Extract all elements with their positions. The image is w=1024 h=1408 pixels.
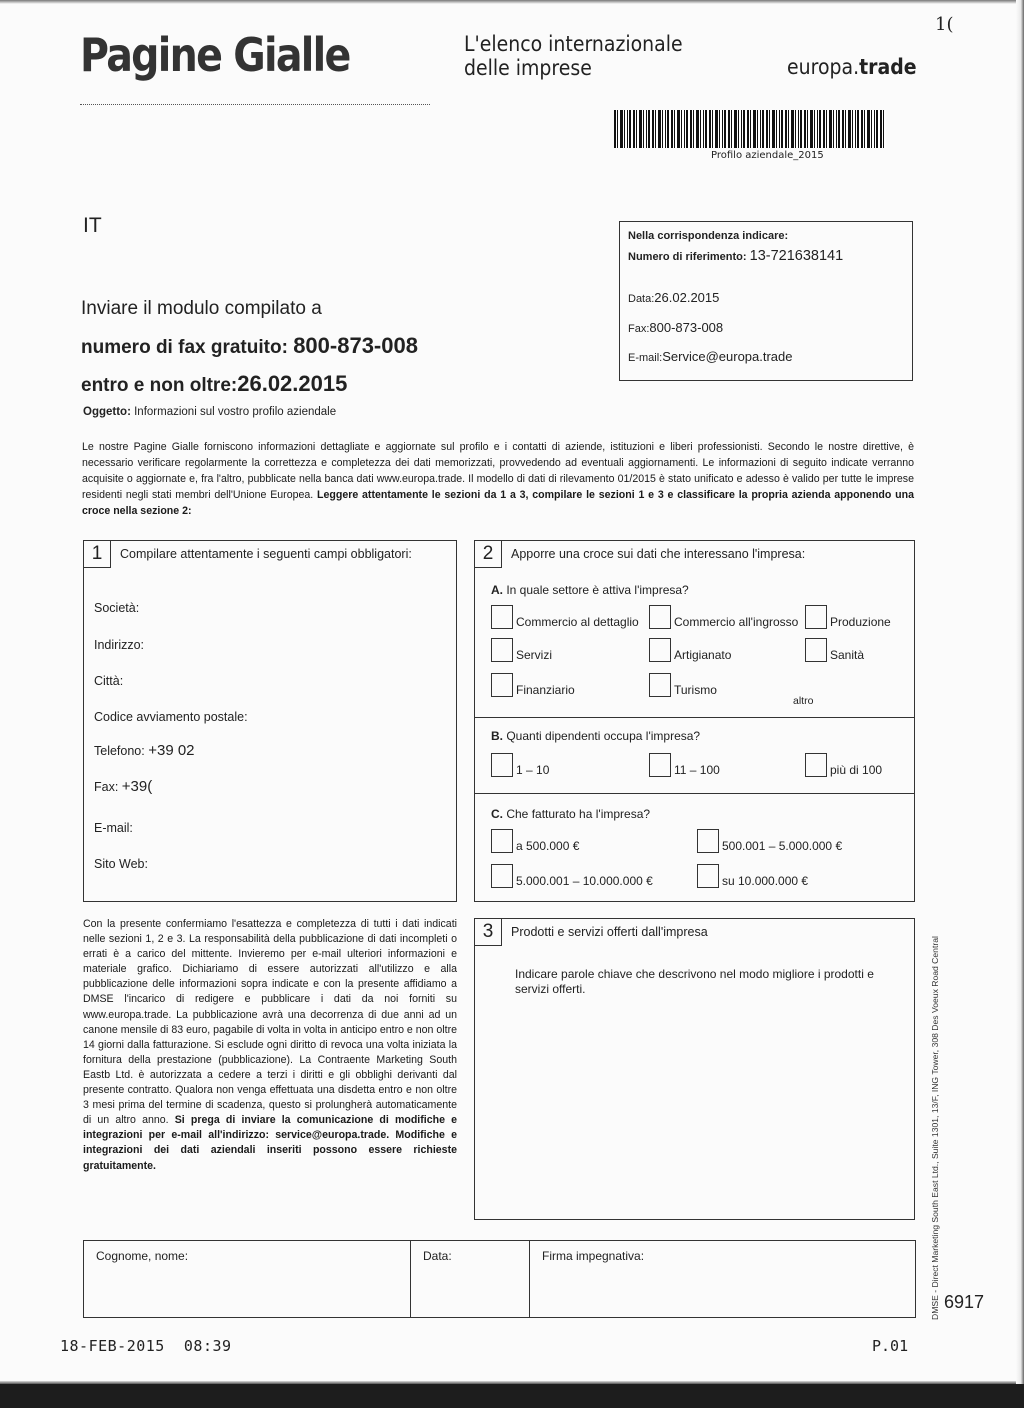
option-label: su 10.000.000 €	[722, 874, 808, 888]
name-label: Cognome, nome:	[96, 1249, 188, 1263]
reference-date-row: Data:26.02.2015	[628, 290, 719, 305]
section-2-divider	[475, 717, 914, 718]
option-label: 500.001 – 5.000.000 €	[722, 839, 842, 853]
subject-text: Informazioni sul vostro profilo aziendal…	[134, 406, 336, 418]
question-text: In quale settore è attiva l'impresa?	[506, 583, 688, 597]
option-label: Produzione	[830, 615, 891, 629]
question-c: C. Che fatturato ha l'impresa?	[491, 807, 650, 821]
subject-label: Oggetto:	[83, 406, 131, 418]
option-fatturato-2[interactable]: 500.001 – 5.000.000 €	[697, 829, 842, 853]
brand-name: europa.trade	[787, 55, 917, 79]
reference-number-value: 13-721638141	[750, 248, 844, 264]
option-commercio-ingrosso[interactable]: Commercio all'ingrosso	[649, 605, 798, 629]
field-indirizzo[interactable]: Indirizzo:	[94, 636, 144, 653]
field-label: Codice avviamento postale:	[94, 710, 248, 724]
option-label: più di 100	[830, 763, 882, 777]
field-societa[interactable]: Società:	[94, 599, 139, 616]
tagline: L'elenco internazionale delle imprese	[464, 32, 683, 80]
tagline-line2: delle imprese	[464, 56, 683, 80]
field-value[interactable]: +39(	[122, 778, 152, 795]
field-sito-web[interactable]: Sito Web:	[94, 855, 148, 872]
section-2: 2 Apporre una croce sui dati che interes…	[474, 540, 915, 902]
option-artigianato[interactable]: Artigianato	[649, 638, 731, 662]
checkbox[interactable]	[649, 673, 671, 697]
reference-email-value: Service@europa.trade	[662, 349, 792, 364]
scan-top-edge	[0, 0, 1024, 4]
terms-paragraph: Con la presente confermiamo l'esattezza …	[83, 917, 457, 1174]
reference-number-label: Numero di riferimento:	[628, 251, 747, 263]
option-commercio-dettaglio[interactable]: Commercio al dettaglio	[491, 605, 639, 629]
scan-bottom-edge	[0, 1384, 1024, 1408]
section-2-title: Apporre una croce sui dati che interessa…	[511, 547, 805, 561]
fax-timestamp: 18-FEB-2015 08:39	[60, 1337, 232, 1355]
field-value[interactable]: +39 02	[148, 742, 194, 759]
option-label: Turismo	[674, 683, 717, 697]
field-fax[interactable]: Fax: +39(	[94, 778, 152, 795]
checkbox[interactable]	[491, 673, 513, 697]
option-produzione[interactable]: Produzione	[805, 605, 891, 629]
field-label: Telefono:	[94, 744, 145, 758]
reference-number-row: Numero di riferimento: 13-721638141	[628, 248, 843, 264]
option-label: Artigianato	[674, 648, 731, 662]
intro-paragraph: Le nostre Pagine Gialle forniscono infor…	[82, 439, 914, 519]
option-label: 1 – 10	[516, 763, 549, 777]
question-b: B. Quanti dipendenti occupa l'impresa?	[491, 729, 700, 743]
option-altro[interactable]: altro	[793, 695, 813, 707]
option-label: Commercio all'ingrosso	[674, 615, 798, 629]
barcode	[614, 110, 886, 148]
option-1-10[interactable]: 1 – 10	[491, 753, 549, 777]
terms-text: Con la presente confermiamo l'esattezza …	[83, 918, 457, 1126]
section-1: 1 Compilare attentamente i seguenti camp…	[83, 540, 457, 902]
option-finanziario[interactable]: Finanziario	[491, 673, 575, 697]
reference-fax-label: Fax:	[628, 323, 649, 335]
scan-right-edge	[1016, 0, 1024, 1408]
option-label: Finanziario	[516, 683, 575, 697]
checkbox[interactable]	[491, 605, 513, 629]
question-a: A. In quale settore è attiva l'impresa?	[491, 583, 689, 597]
option-label: Servizi	[516, 648, 552, 662]
send-instruction: Inviare il modulo compilato a	[81, 298, 322, 320]
field-label: Indirizzo:	[94, 638, 144, 652]
reference-heading: Nella corrispondenza indicare:	[628, 230, 788, 242]
field-citta[interactable]: Città:	[94, 672, 123, 689]
checkbox[interactable]	[649, 605, 671, 629]
field-label: Società:	[94, 601, 139, 615]
option-piu-di-100[interactable]: più di 100	[805, 753, 882, 777]
section-1-title: Compilare attentamente i seguenti campi …	[120, 547, 412, 561]
field-telefono[interactable]: Telefono: +39 02	[94, 742, 195, 759]
checkbox[interactable]	[805, 605, 827, 629]
question-text: Quanti dipendenti occupa l'impresa?	[506, 729, 700, 743]
question-letter: B.	[491, 729, 503, 743]
section-3[interactable]: 3 Prodotti e servizi offerti dall'impres…	[474, 918, 915, 1220]
option-sanita[interactable]: Sanità	[805, 638, 864, 662]
section-3-hint: Indicare parole chiave che descrivono ne…	[515, 967, 875, 997]
company-address-vertical: DMSE - Direct Marketing South East Ltd.,…	[930, 936, 940, 1320]
reference-fax-row: Fax:800-873-008	[628, 320, 723, 335]
field-cap[interactable]: Codice avviamento postale:	[94, 708, 248, 725]
checkbox[interactable]	[697, 829, 719, 853]
reference-email-label: E-mail:	[628, 352, 662, 364]
signature-field[interactable]: Firma impegnativa:	[530, 1241, 915, 1317]
name-field[interactable]: Cognome, nome:	[84, 1241, 411, 1317]
field-label: Fax:	[94, 780, 118, 794]
reference-date-value: 26.02.2015	[654, 290, 719, 305]
fax-number-line: numero di fax gratuito: 800-873-008	[81, 333, 418, 359]
checkbox[interactable]	[491, 829, 513, 853]
question-letter: C.	[491, 807, 503, 821]
deadline-date: 26.02.2015	[237, 371, 347, 396]
side-code: 6917	[944, 1292, 984, 1313]
deadline-label: entro e non oltre:	[81, 375, 237, 396]
question-letter: A.	[491, 583, 503, 597]
date-label: Data:	[423, 1249, 452, 1263]
option-turismo[interactable]: Turismo	[649, 673, 717, 697]
checkbox[interactable]	[697, 864, 719, 888]
signature-label: Firma impegnativa:	[542, 1249, 644, 1263]
checkbox[interactable]	[491, 864, 513, 888]
reference-box: Nella corrispondenza indicare: Numero di…	[619, 221, 913, 381]
option-label: Commercio al dettaglio	[516, 615, 639, 629]
option-servizi[interactable]: Servizi	[491, 638, 552, 662]
field-label: E-mail:	[94, 821, 133, 835]
checkbox[interactable]	[649, 753, 671, 777]
option-fatturato-3[interactable]: 5.000.001 – 10.000.000 €	[491, 864, 653, 888]
checkbox[interactable]	[805, 753, 827, 777]
date-field[interactable]: Data:	[411, 1241, 530, 1317]
checkbox[interactable]	[491, 638, 513, 662]
reference-date-label: Data:	[628, 293, 654, 305]
tagline-line1: L'elenco internazionale	[464, 32, 683, 56]
barcode-label: Profilo aziendale_2015	[711, 150, 824, 161]
question-text: Che fatturato ha l'impresa?	[506, 807, 650, 821]
field-email[interactable]: E-mail:	[94, 819, 133, 836]
section-3-number: 3	[475, 919, 502, 946]
option-fatturato-4[interactable]: su 10.000.000 €	[697, 864, 808, 888]
address-dotted-line	[80, 104, 430, 105]
section-3-title: Prodotti e servizi offerti dall'impresa	[511, 925, 708, 939]
option-label: a 500.000 €	[516, 839, 579, 853]
deadline-line: entro e non oltre:26.02.2015	[81, 371, 347, 397]
field-label: Sito Web:	[94, 857, 148, 871]
reference-email-row: E-mail:Service@europa.trade	[628, 349, 793, 364]
checkbox[interactable]	[805, 638, 827, 662]
subject-line: Oggetto: Informazioni sul vostro profilo…	[83, 406, 336, 418]
option-label: 11 – 100	[674, 763, 720, 777]
brand-prefix: europa.	[787, 55, 859, 79]
section-1-number: 1	[84, 541, 111, 568]
fax-number: 800-873-008	[293, 333, 418, 358]
fax-page-number: P.01	[872, 1337, 908, 1355]
option-fatturato-1[interactable]: a 500.000 €	[491, 829, 579, 853]
checkbox[interactable]	[491, 753, 513, 777]
option-label: Sanità	[830, 648, 864, 662]
section-2-divider	[475, 793, 914, 794]
checkbox[interactable]	[649, 638, 671, 662]
option-label: 5.000.001 – 10.000.000 €	[516, 874, 653, 888]
reference-fax-value: 800-873-008	[649, 320, 723, 335]
option-11-100[interactable]: 11 – 100	[649, 753, 720, 777]
signature-table: Cognome, nome: Data: Firma impegnativa:	[83, 1240, 916, 1318]
brand-suffix: trade	[859, 55, 916, 79]
section-2-number: 2	[475, 541, 502, 568]
logo: Pagine Gialle	[80, 28, 350, 82]
fax-number-label: numero di fax gratuito:	[81, 337, 288, 358]
corner-mark: 1(	[935, 14, 953, 35]
country-code: IT	[83, 214, 102, 238]
field-label: Città:	[94, 674, 123, 688]
